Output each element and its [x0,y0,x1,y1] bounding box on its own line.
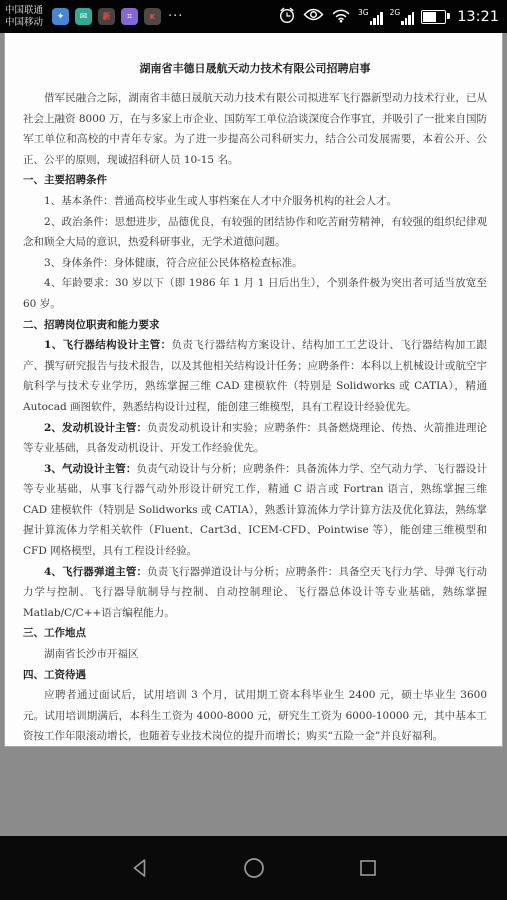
job-title-lead: 2、发动机设计主管： [44,422,147,434]
status-indicators: 3G 2G 13:21 [278,6,499,28]
back-button[interactable] [127,855,153,881]
intro-paragraph: 借军民融合之际，湖南省丰德日晟航天动力技术有限公司拟进军飞行器新型动力技术行业，… [23,88,487,170]
recruit-condition-item-1: 1、基本条件：普通高校毕业生或人事档案在人才中介服务机构的社会人才。 [23,191,487,212]
battery-nub [447,13,450,19]
signal-3g-icon: 3G [358,9,383,25]
recruit-condition-item-3: 3、身体条件：身体健康，符合应征公民体格检查标准。 [23,253,487,274]
section-1-heading: 一、主要招聘条件 [23,170,487,191]
notification-icons: ✦ ✉ 新 ⌗ K ··· [52,8,183,25]
notification-app-icon-4: ⌗ [121,8,138,25]
network-type-3g: 3G [358,9,369,17]
work-location: 湖南省长沙市开福区 [23,644,487,665]
clock-time: 13:21 [457,9,499,25]
recruit-condition-item-4: 4、年龄要求：30 岁以下（即 1986 年 1 月 1 日后出生），个别条件极… [23,273,487,314]
recents-button[interactable] [355,855,381,881]
battery-fill [423,12,436,22]
section-2-heading: 二、招聘岗位职责和能力要求 [23,315,487,336]
carrier-name-mobile: 中国移动 [5,17,43,29]
battery-icon [421,10,446,24]
job-item-trajectory-designer: 4、飞行器弹道主管：负责飞行器弹道设计与分析；应聘条件：具备空天飞行力学、导弹飞… [23,562,487,624]
job-item-structure-designer: 1、飞行器结构设计主管：负责飞行器结构方案设计、结构加工工艺设计、飞行器结构加工… [23,335,487,417]
notification-app-icon-2: ✉ [75,8,92,25]
network-type-2g: 2G [390,9,401,17]
recruit-condition-item-2: 2、政治条件：思想进步，品德优良，有较强的团结协作和吃苦耐劳精神，有较强的组织纪… [23,212,487,253]
back-triangle-icon [129,857,151,879]
alarm-clock-icon [278,6,296,28]
home-button[interactable] [241,855,267,881]
notification-app-icon-3: 新 [98,8,115,25]
document-page: 湖南省丰德日晟航天动力技术有限公司招聘启事 借军民融合之际，湖南省丰德日晟航天动… [4,33,503,747]
notification-app-icon-1: ✦ [52,8,69,25]
android-nav-bar [0,836,507,900]
job-description: 负责气动设计与分析；应聘条件：具备流体力学、空气动力学、飞行器设计等专业基础，从… [23,463,487,557]
document-title: 湖南省丰德日晟航天动力技术有限公司招聘启事 [23,59,487,79]
carrier-name-unicom: 中国联通 [5,5,43,17]
salary-paragraph: 应聘者通过面试后，试用培训 3 个月，试用期工资本科毕业生 2400 元，硕士毕… [23,685,487,747]
recents-square-icon [357,857,379,879]
job-title-lead: 1、飞行器结构设计主管： [44,339,172,351]
section-3-heading: 三、工作地点 [23,623,487,644]
signal-2g-icon: 2G [390,9,415,25]
signal-bars-2g [401,12,414,25]
more-notifications-icon: ··· [168,12,183,22]
section-4-heading: 四、工资待遇 [23,665,487,686]
job-item-engine-designer: 2、发动机设计主管：负责发动机设计和实验；应聘条件：具备燃烧理论、传热、火箭推进… [23,418,487,459]
phone-screen: 中国联通 中国移动 ✦ ✉ 新 ⌗ K ··· [0,0,507,900]
home-circle-icon [242,856,266,880]
signal-bars-3g [370,12,383,25]
wifi-icon [331,7,351,27]
carrier-labels: 中国联通 中国移动 [5,5,43,28]
notification-app-icon-5: K [144,8,161,25]
status-bar: 中国联通 中国移动 ✦ ✉ 新 ⌗ K ··· [0,0,507,33]
job-title-lead: 3、气动设计主管： [44,463,136,475]
job-item-aero-designer: 3、气动设计主管：负责气动设计与分析；应聘条件：具备流体力学、空气动力学、飞行器… [23,459,487,562]
document-viewer[interactable]: 湖南省丰德日晟航天动力技术有限公司招聘启事 借军民融合之际，湖南省丰德日晟航天动… [0,33,507,836]
job-title-lead: 4、飞行器弹道主管： [44,566,147,578]
eye-icon [303,7,324,26]
